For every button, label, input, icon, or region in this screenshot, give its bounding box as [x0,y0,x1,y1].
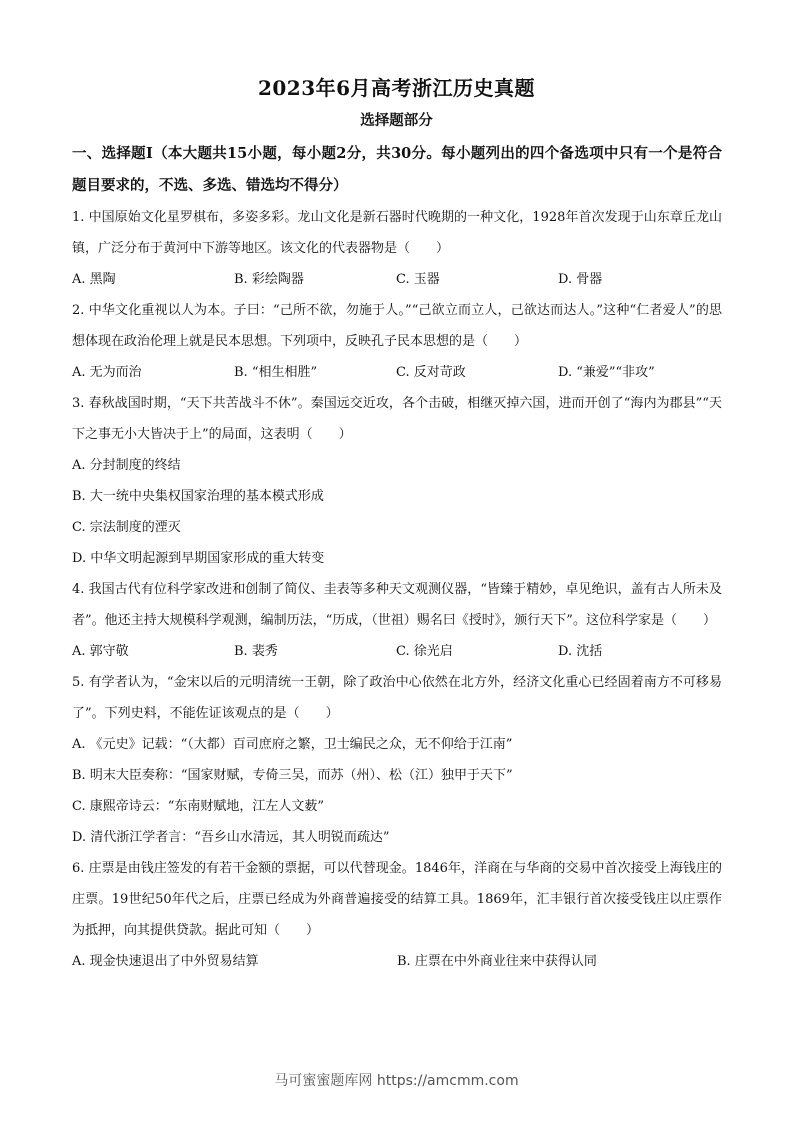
option-d: D. 清代浙江学者言：“吾乡山水清远，其人明锐而疏达” [72,822,722,853]
option-a: A. 无为而治 [72,357,234,388]
option-c: C. 徐光启 [396,636,558,667]
question-6: 6. 庄票是由钱庄签发的有若干金额的票据，可以代替现金。1846年，洋商在与华商… [72,853,722,977]
option-a: A. 《元史》记载：“（大都）百司庶府之繁，卫士编民之众，无不仰给于江南” [72,729,722,760]
question-2: 2. 中华文化重视以人为本。子曰：“己所不欲，勿施于人。”“己欲立而立人，己欲达… [72,295,722,388]
section-heading: 一、选择题Ⅰ（本大题共15小题，每小题2分，共30分。每小题列出的四个备选项中只… [72,138,722,202]
option-b: B. 明末大臣奏称：“国家财赋，专倚三吴，而苏（州）、松（江）独甲于天下” [72,760,722,791]
option-d: D. 沈括 [558,636,720,667]
options-row: A. 郭守敬 B. 裴秀 C. 徐光启 D. 沈括 [72,636,722,667]
option-c: C. 康熙帝诗云：“东南财赋地，江左人文薮” [72,791,722,822]
document-title: 2023年6月高考浙江历史真题 [0,72,793,101]
options-row: A. 现金快速退出了中外贸易结算 B. 庄票在中外商业往来中获得认同 [72,946,722,977]
exam-content: 一、选择题Ⅰ（本大题共15小题，每小题2分，共30分。每小题列出的四个备选项中只… [72,138,722,977]
question-stem: 2. 中华文化重视以人为本。子曰：“己所不欲，勿施于人。”“己欲立而立人，己欲达… [72,295,722,357]
option-c: C. 反对苛政 [396,357,558,388]
question-4: 4. 我国古代有位科学家改进和创制了简仪、圭表等多种天文观测仪器，“皆臻于精妙，… [72,574,722,667]
option-a: A. 分封制度的终结 [72,450,722,481]
watermark-footer: 马可蜜蜜题库网 https://amcmm.com [0,1070,793,1090]
option-b: B. 彩绘陶器 [234,264,396,295]
question-3: 3. 春秋战国时期，“天下共苦战斗不休”。秦国远交近攻，各个击破，相继灭掉六国，… [72,388,722,574]
option-b: B. 庄票在中外商业往来中获得认同 [397,946,722,977]
option-a: A. 黑陶 [72,264,234,295]
question-1: 1. 中国原始文化星罗棋布，多姿多彩。龙山文化是新石器时代晚期的一种文化，192… [72,202,722,295]
question-stem: 6. 庄票是由钱庄签发的有若干金额的票据，可以代替现金。1846年，洋商在与华商… [72,853,722,946]
options-row: A. 黑陶 B. 彩绘陶器 C. 玉器 D. 骨器 [72,264,722,295]
question-stem: 5. 有学者认为，“金宋以后的元明清统一王朝，除了政治中心依然在北方外，经济文化… [72,667,722,729]
exam-page: 2023年6月高考浙江历史真题 选择题部分 一、选择题Ⅰ（本大题共15小题，每小… [0,0,793,1122]
option-d: D. “兼爱”“非攻” [558,357,720,388]
option-b: B. “相生相胜” [234,357,396,388]
options-row: A. 无为而治 B. “相生相胜” C. 反对苛政 D. “兼爱”“非攻” [72,357,722,388]
option-a: A. 郭守敬 [72,636,234,667]
question-stem: 4. 我国古代有位科学家改进和创制了简仪、圭表等多种天文观测仪器，“皆臻于精妙，… [72,574,722,636]
question-stem: 1. 中国原始文化星罗棋布，多姿多彩。龙山文化是新石器时代晚期的一种文化，192… [72,202,722,264]
option-c: C. 宗法制度的湮灭 [72,512,722,543]
option-b: B. 裴秀 [234,636,396,667]
question-5: 5. 有学者认为，“金宋以后的元明清统一王朝，除了政治中心依然在北方外，经济文化… [72,667,722,853]
option-d: D. 骨器 [558,264,720,295]
question-stem: 3. 春秋战国时期，“天下共苦战斗不休”。秦国远交近攻，各个击破，相继灭掉六国，… [72,388,722,450]
option-d: D. 中华文明起源到早期国家形成的重大转变 [72,543,722,574]
option-a: A. 现金快速退出了中外贸易结算 [72,946,397,977]
option-b: B. 大一统中央集权国家治理的基本模式形成 [72,481,722,512]
option-c: C. 玉器 [396,264,558,295]
section-subtitle: 选择题部分 [0,109,793,130]
